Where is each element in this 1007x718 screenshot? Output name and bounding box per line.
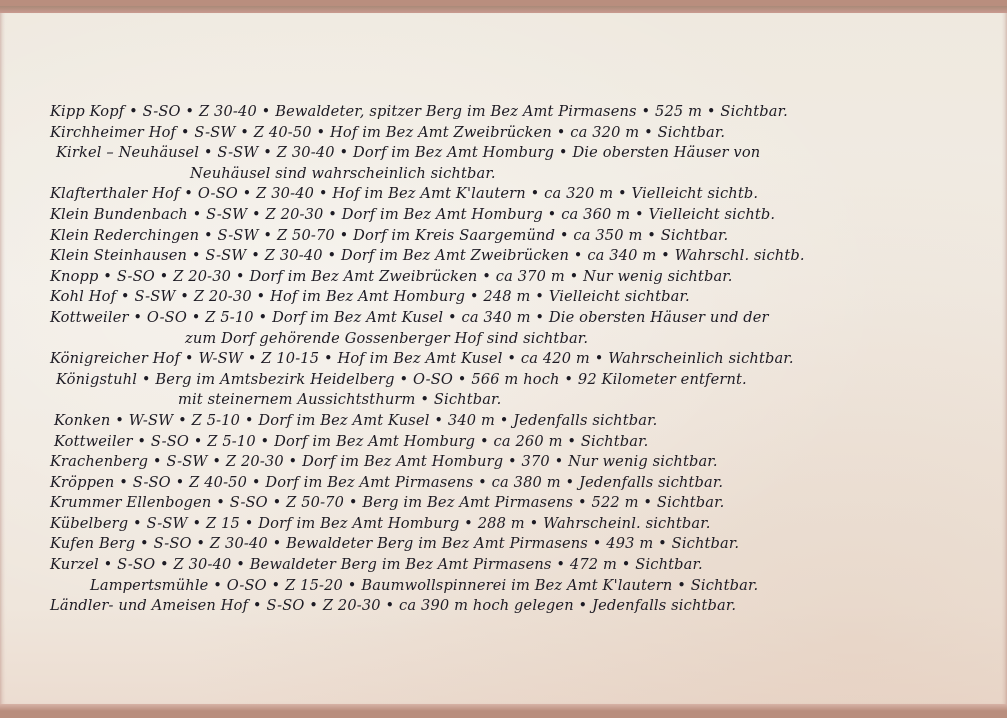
entry-line: Lampertsmühle • O-SO • Z 15-20 • Baumwol… (50, 576, 980, 597)
entry-line: Klafterthaler Hof • O-SO • Z 30-40 • Hof… (50, 184, 980, 205)
entry-line: Klein Rederchingen • S-SW • Z 50-70 • Do… (50, 226, 980, 247)
handwritten-list: Kipp Kopf • S-SO • Z 30-40 • Bewaldeter,… (50, 102, 980, 617)
entry-continuation-line: zum Dorf gehörende Gossenberger Hof sind… (50, 329, 980, 350)
entry-line: Kurzel • S-SO • Z 30-40 • Bewaldeter Ber… (50, 555, 980, 576)
document-page: Kipp Kopf • S-SO • Z 30-40 • Bewaldeter,… (0, 6, 1007, 711)
entry-line: Kirkel – Neuhäusel • S-SW • Z 30-40 • Do… (50, 143, 980, 164)
entry-line: Kipp Kopf • S-SO • Z 30-40 • Bewaldeter,… (50, 102, 980, 123)
entry-line: Kirchheimer Hof • S-SW • Z 40-50 • Hof i… (50, 123, 980, 144)
entry-line: Kübelberg • S-SW • Z 15 • Dorf im Bez Am… (50, 514, 980, 535)
entry-line: Krachenberg • S-SW • Z 20-30 • Dorf im B… (50, 452, 980, 473)
entry-line: Kröppen • S-SO • Z 40-50 • Dorf im Bez A… (50, 473, 980, 494)
entry-line: Ländler- und Ameisen Hof • S-SO • Z 20-3… (50, 596, 980, 617)
page-top-edge (0, 6, 1007, 13)
entry-line: Königstuhl • Berg im Amtsbezirk Heidelbe… (50, 370, 980, 391)
entry-line: Kottweiler • S-SO • Z 5-10 • Dorf im Bez… (50, 432, 980, 453)
page-bottom-edge (0, 704, 1007, 711)
entry-line: Konken • W-SW • Z 5-10 • Dorf im Bez Amt… (50, 411, 980, 432)
entry-line: Kufen Berg • S-SO • Z 30-40 • Bewaldeter… (50, 534, 980, 555)
entry-line: Kottweiler • O-SO • Z 5-10 • Dorf im Bez… (50, 308, 980, 329)
entry-line: Knopp • S-SO • Z 20-30 • Dorf im Bez Amt… (50, 267, 980, 288)
entry-line: Klein Bundenbach • S-SW • Z 20-30 • Dorf… (50, 205, 980, 226)
entry-continuation-line: Neuhäusel sind wahrscheinlich sichtbar. (50, 164, 980, 185)
entry-continuation-line: mit steinernem Aussichtsthurm • Sichtbar… (50, 390, 980, 411)
entry-line: Kohl Hof • S-SW • Z 20-30 • Hof im Bez A… (50, 287, 980, 308)
entry-line: Krummer Ellenbogen • S-SO • Z 50-70 • Be… (50, 493, 980, 514)
entry-line: Klein Steinhausen • S-SW • Z 30-40 • Dor… (50, 246, 980, 267)
entry-line: Königreicher Hof • W-SW • Z 10-15 • Hof … (50, 349, 980, 370)
